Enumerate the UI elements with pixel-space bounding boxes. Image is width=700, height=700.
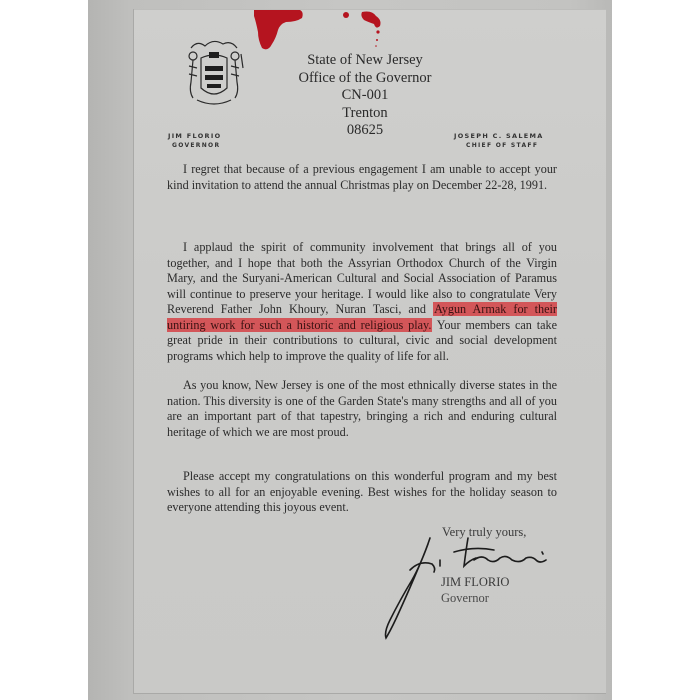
letterhead-state: State of New Jersey: [290, 52, 440, 70]
chief-of-staff-title: CHIEF OF STAFF: [454, 141, 544, 151]
signature-icon: [370, 530, 570, 642]
governor-block: JIM FLORIO GOVERNOR: [168, 131, 221, 151]
paragraph-1-text: I regret that because of a previous enga…: [167, 162, 557, 192]
letterhead-zip: 08625: [290, 122, 440, 140]
chief-of-staff-block: JOSEPH C. SALEMA CHIEF OF STAFF: [454, 131, 544, 151]
state-seal-icon: [183, 38, 245, 112]
paragraph-1: I regret that because of a previous enga…: [167, 162, 557, 193]
paragraph-2: I applaud the spirit of community involv…: [167, 240, 557, 364]
governor-title: GOVERNOR: [168, 141, 221, 151]
paragraph-4-text: Please accept my congratulations on this…: [167, 469, 557, 514]
paragraph-3: As you know, New Jersey is one of the mo…: [167, 378, 557, 440]
letterhead-office: Office of the Governor: [290, 70, 440, 88]
red-stain: [250, 8, 390, 56]
letterhead-box: CN-001: [290, 87, 440, 105]
chief-of-staff-name: JOSEPH C. SALEMA: [454, 131, 544, 141]
letterhead-city: Trenton: [290, 105, 440, 123]
paragraph-3-text: As you know, New Jersey is one of the mo…: [167, 378, 557, 439]
paragraph-4: Please accept my congratulations on this…: [167, 469, 557, 516]
governor-name: JIM FLORIO: [168, 131, 221, 141]
letterhead: State of New Jersey Office of the Govern…: [290, 52, 440, 140]
